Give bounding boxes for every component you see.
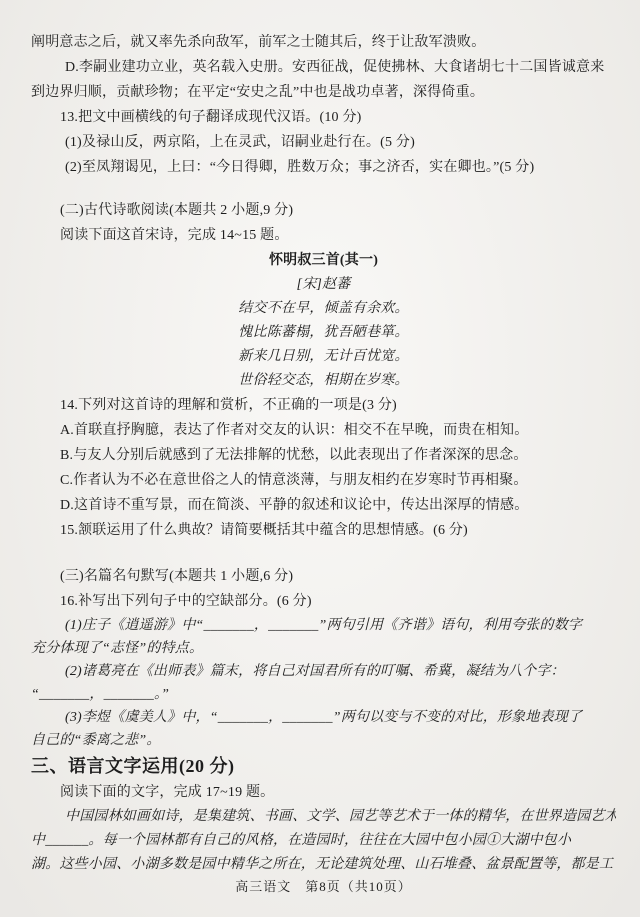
q14-option-a: A.首联直抒胸臆，表达了作者对交友的认识：相交不在早晚，而贵在相知。 — [31, 418, 616, 443]
poem-title: 怀明叔三首(其一) — [31, 248, 616, 273]
q13-stem: 13.把文中画横线的句子翻译成现代汉语。(10 分) — [31, 105, 616, 130]
page-footer: 高三语文 第8页（共10页） — [31, 877, 616, 897]
scanned-exam-page: 阐明意志之后，就又率先杀向敌军，前军之士随其后，终于让敌军溃败。 D.李嗣业建功… — [0, 0, 640, 917]
q13-part-2: (2)至凤翔谒见，上曰：“今日得卿，胜数万众；事之济否，实在卿也。”(5 分) — [31, 155, 616, 180]
passage-line-1: 中国园林如画如诗，是集建筑、书画、文学、园艺等艺术于一体的精华，在世界造园艺术 — [31, 805, 616, 829]
poem-author: [宋]赵蕃 — [31, 273, 616, 297]
poem-line-3: 新来几日别，无计百忧宽。 — [31, 345, 616, 369]
q16-item1-line-2: 充分体现了“志怪”的特点。 — [31, 637, 616, 660]
q16-item2-line-2: “_______，_______。” — [31, 683, 616, 706]
q14-option-c: C.作者认为不必在意世俗之人的情意淡薄，与朋友相约在岁寒时节再相聚。 — [31, 468, 616, 493]
option-d-line-1: D.李嗣业建功立业，英名载入史册。安西征战，促使拂林、大食诸胡七十二国皆诚意来 — [31, 55, 616, 80]
language-intro: 阅读下面的文字，完成 17~19 题。 — [31, 780, 616, 805]
q13-part-1: (1)及禄山反，两京陷，上在灵武，诏嗣业赴行在。(5 分) — [31, 130, 616, 155]
q16-stem: 16.补写出下列句子中的空缺部分。(6 分) — [31, 589, 616, 614]
q16-item2-line-1: (2)诸葛亮在《出师表》篇末，将自己对国君所有的叮嘱、希冀，凝结为八个字： — [31, 660, 616, 683]
q16-item3-line-1: (3)李煜《虞美人》中，“_______，_______”两句以变与不变的对比，… — [31, 706, 616, 729]
dictation-section-heading: (三)名篇名句默写(本题共 1 小题,6 分) — [31, 564, 616, 589]
q14-stem: 14.下列对这首诗的理解和赏析，不正确的一项是(3 分) — [31, 393, 616, 418]
language-section-heading: 三、语言文字运用(20 分) — [31, 752, 616, 780]
poetry-intro: 阅读下面这首宋诗，完成 14~15 题。 — [31, 223, 616, 248]
poem-line-1: 结交不在早，倾盖有余欢。 — [31, 297, 616, 321]
option-d-line-2: 到边界归顺，贡献珍物；在平定“安史之乱”中也是战功卓著，深得倚重。 — [31, 80, 616, 105]
q15-stem: 15.颔联运用了什么典故？请简要概括其中蕴含的思想情感。(6 分) — [31, 518, 616, 543]
q16-item1-line-1: (1)庄子《逍遥游》中“_______，_______”两句引用《齐谐》语句，利… — [31, 614, 616, 637]
q16-item3-line-2: 自己的“黍离之悲”。 — [31, 729, 616, 752]
poem-line-2: 愧比陈蕃榻，犹吾陋巷箪。 — [31, 321, 616, 345]
passage-line-2: 中______。每一个园林都有自己的风格，在造园时，往往在大园中包小园①大湖中包… — [31, 829, 616, 853]
passage-line-3: 湖。这些小园、小湖多数是园中精华之所在，无论建筑处理、山石堆叠、盆景配置等，都是… — [31, 853, 616, 877]
poetry-section-heading: (二)古代诗歌阅读(本题共 2 小题,9 分) — [31, 198, 616, 223]
q14-option-d: D.这首诗不重写景，而在简淡、平静的叙述和议论中，传达出深厚的情感。 — [31, 493, 616, 518]
poem-line-4: 世俗轻交态，相期在岁寒。 — [31, 369, 616, 393]
continuation-line: 阐明意志之后，就又率先杀向敌军，前军之士随其后，终于让敌军溃败。 — [31, 30, 616, 55]
q14-option-b: B.与友人分别后就感到了无法排解的忧愁，以此表现出了作者深深的思念。 — [31, 443, 616, 468]
